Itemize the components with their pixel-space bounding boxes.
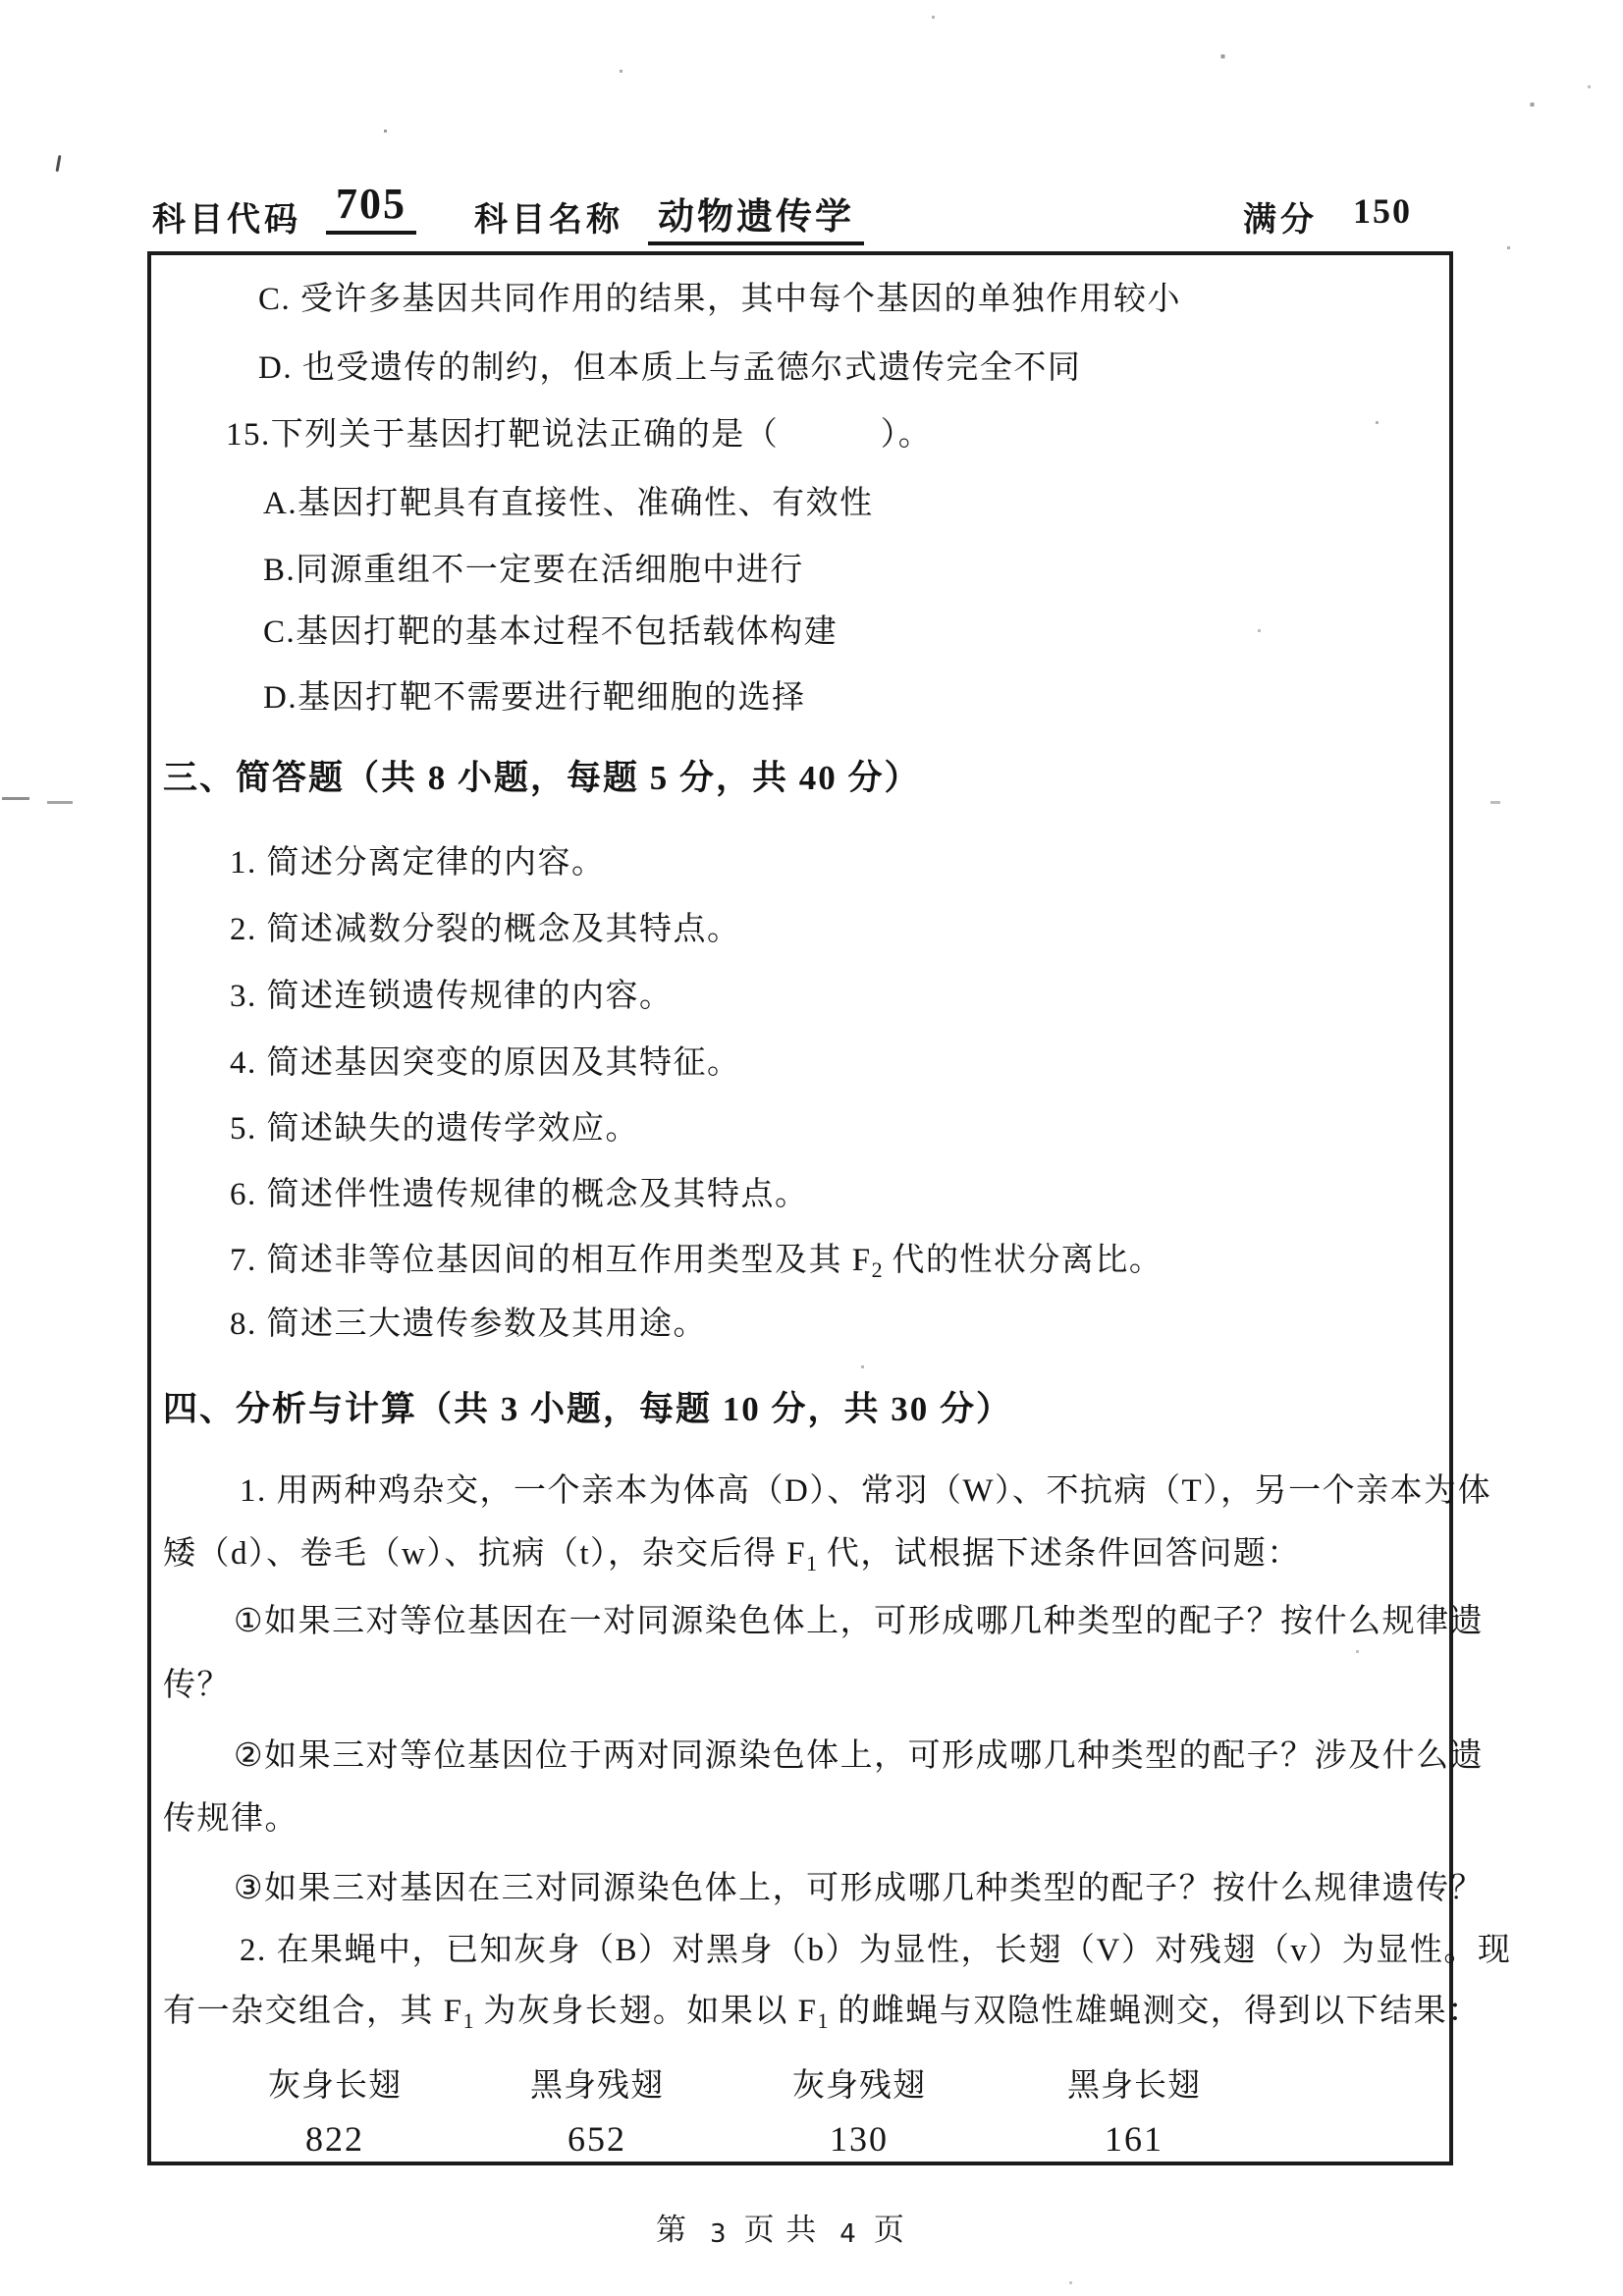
footer-suffix: 页	[874, 2213, 906, 2247]
calc-q2-line1: 2. 在果蝇中，已知灰身（B）对黑身（b）为显性，长翅（V）对残翅（v）为显性。…	[240, 1924, 1511, 1970]
question15-stem: 15.下列关于基因打靶说法正确的是（ ）。	[226, 408, 932, 454]
short-answer-item-8: 8. 简述三大遗传参数及其用途。	[230, 1298, 707, 1344]
question15-option-a: A.基因打靶具有直接性、准确性、有效性	[263, 477, 874, 523]
q2-line2-p1: 有一杂交组合，其 F	[163, 1994, 463, 2029]
calc-q1-part1-line1: ①如果三对等位基因在一对同源染色体上，可形成哪几种类型的配子？按什么规律遗	[234, 1595, 1484, 1641]
question15-option-b: B.同源重组不一定要在活细胞中进行	[263, 544, 804, 590]
short-answer-item-4: 4. 简述基因突变的原因及其特征。	[230, 1037, 741, 1083]
calc-q1-line1: 1. 用两种鸡杂交，一个亲本为体高（D）、常羽（W）、不抗病（T），另一个亲本为…	[240, 1465, 1491, 1511]
option-line-d: D. 也受遗传的制约，但本质上与孟德尔式遗传完全不同	[258, 342, 1081, 388]
section3-heading: 三、简答题（共 8 小题，每题 5 分，共 40 分）	[163, 751, 921, 800]
item7-text-pre: 7. 简述非等位基因间的相互作用类型及其 F	[230, 1243, 872, 1278]
q1-line2-post: 代，试根据下述条件回答问题：	[817, 1536, 1301, 1572]
q1-line2-pre: 矮（d）、卷毛（w）、抗病（t），杂交后得 F	[163, 1536, 806, 1572]
q2-line2-p3: 的雌蝇与双隐性雄蝇测交，得到以下结果：	[828, 1994, 1481, 2029]
calc-q2-line2: 有一杂交组合，其 F1 为灰身长翅。如果以 F1 的雌蝇与双隐性雄蝇测交，得到以…	[163, 1985, 1482, 2034]
short-answer-item-3: 3. 简述连锁遗传规律的内容。	[230, 970, 674, 1016]
item7-subscript: 2	[872, 1257, 883, 1282]
footer-total-pages: 4	[839, 2219, 858, 2249]
scan-artifact-dash	[1490, 801, 1500, 804]
calc-q1-part3: ③如果三对基因在三对同源染色体上，可形成哪几种类型的配子？按什么规律遗传？	[234, 1862, 1484, 1908]
exam-scan-page: 科目代码 705 科目名称 动物遗传学 满分 150 C. 受许多基因共同作用的…	[0, 0, 1623, 2296]
table-value-cell: 161	[1105, 2118, 1163, 2160]
q1-line2-subscript: 1	[806, 1551, 817, 1575]
scan-artifact-dash	[2, 797, 29, 800]
calc-q1-line2: 矮（d）、卷毛（w）、抗病（t），杂交后得 F1 代，试根据下述条件回答问题：	[163, 1527, 1301, 1576]
option-line-c: C. 受许多基因共同作用的结果，其中每个基因的单独作用较小	[258, 273, 1181, 319]
table-header-cell: 黑身残翅	[530, 2059, 664, 2106]
scan-artifact-dash	[47, 801, 73, 804]
table-header-cell: 黑身长翅	[1067, 2059, 1201, 2106]
table-value-cell: 130	[830, 2118, 889, 2160]
calc-q1-part1-line2: 传？	[163, 1659, 231, 1705]
footer-middle: 页 共	[744, 2213, 819, 2247]
section4-heading: 四、分析与计算（共 3 小题，每题 10 分，共 30 分）	[163, 1382, 1012, 1431]
q2-line2-sub1: 1	[463, 2008, 474, 2033]
calc-q1-part2-line2: 传规律。	[163, 1792, 298, 1839]
short-answer-item-7: 7. 简述非等位基因间的相互作用类型及其 F2 代的性状分离比。	[230, 1234, 1163, 1283]
footer-page-number: 3	[710, 2219, 729, 2249]
subject-code-value: 705	[326, 179, 416, 235]
table-header-cell: 灰身残翅	[792, 2059, 926, 2106]
full-score-value: 150	[1353, 190, 1412, 232]
table-header-cell: 灰身长翅	[268, 2059, 402, 2106]
item7-text-post: 代的性状分离比。	[883, 1243, 1163, 1278]
question15-option-d: D.基因打靶不需要进行靶细胞的选择	[263, 671, 806, 718]
page-footer: 第3页 共4页	[656, 2205, 912, 2249]
subject-name-label: 科目名称	[474, 192, 623, 240]
table-value-cell: 652	[568, 2118, 626, 2160]
q2-line2-p2: 为灰身长翅。如果以 F	[474, 1994, 818, 2029]
calc-q1-part2-line1: ②如果三对等位基因位于两对同源染色体上，可形成哪几种类型的配子？涉及什么遗	[234, 1730, 1484, 1776]
exam-content-box: C. 受许多基因共同作用的结果，其中每个基因的单独作用较小 D. 也受遗传的制约…	[147, 251, 1453, 2165]
scan-noise	[0, 0, 1, 1]
q2-line2-sub2: 1	[817, 2008, 828, 2033]
scan-artifact-mark	[56, 155, 62, 172]
short-answer-item-6: 6. 简述伴性遗传规律的概念及其特点。	[230, 1168, 809, 1214]
full-score-label: 满分	[1243, 192, 1318, 240]
short-answer-item-1: 1. 简述分离定律的内容。	[230, 836, 606, 882]
short-answer-item-5: 5. 简述缺失的遗传学效应。	[230, 1102, 639, 1148]
footer-prefix: 第	[656, 2213, 688, 2247]
subject-code-label: 科目代码	[152, 192, 301, 240]
table-value-cell: 822	[305, 2118, 364, 2160]
question15-option-c: C.基因打靶的基本过程不包括载体构建	[263, 606, 838, 652]
subject-name-value: 动物遗传学	[648, 187, 864, 245]
short-answer-item-2: 2. 简述减数分裂的概念及其特点。	[230, 903, 741, 949]
